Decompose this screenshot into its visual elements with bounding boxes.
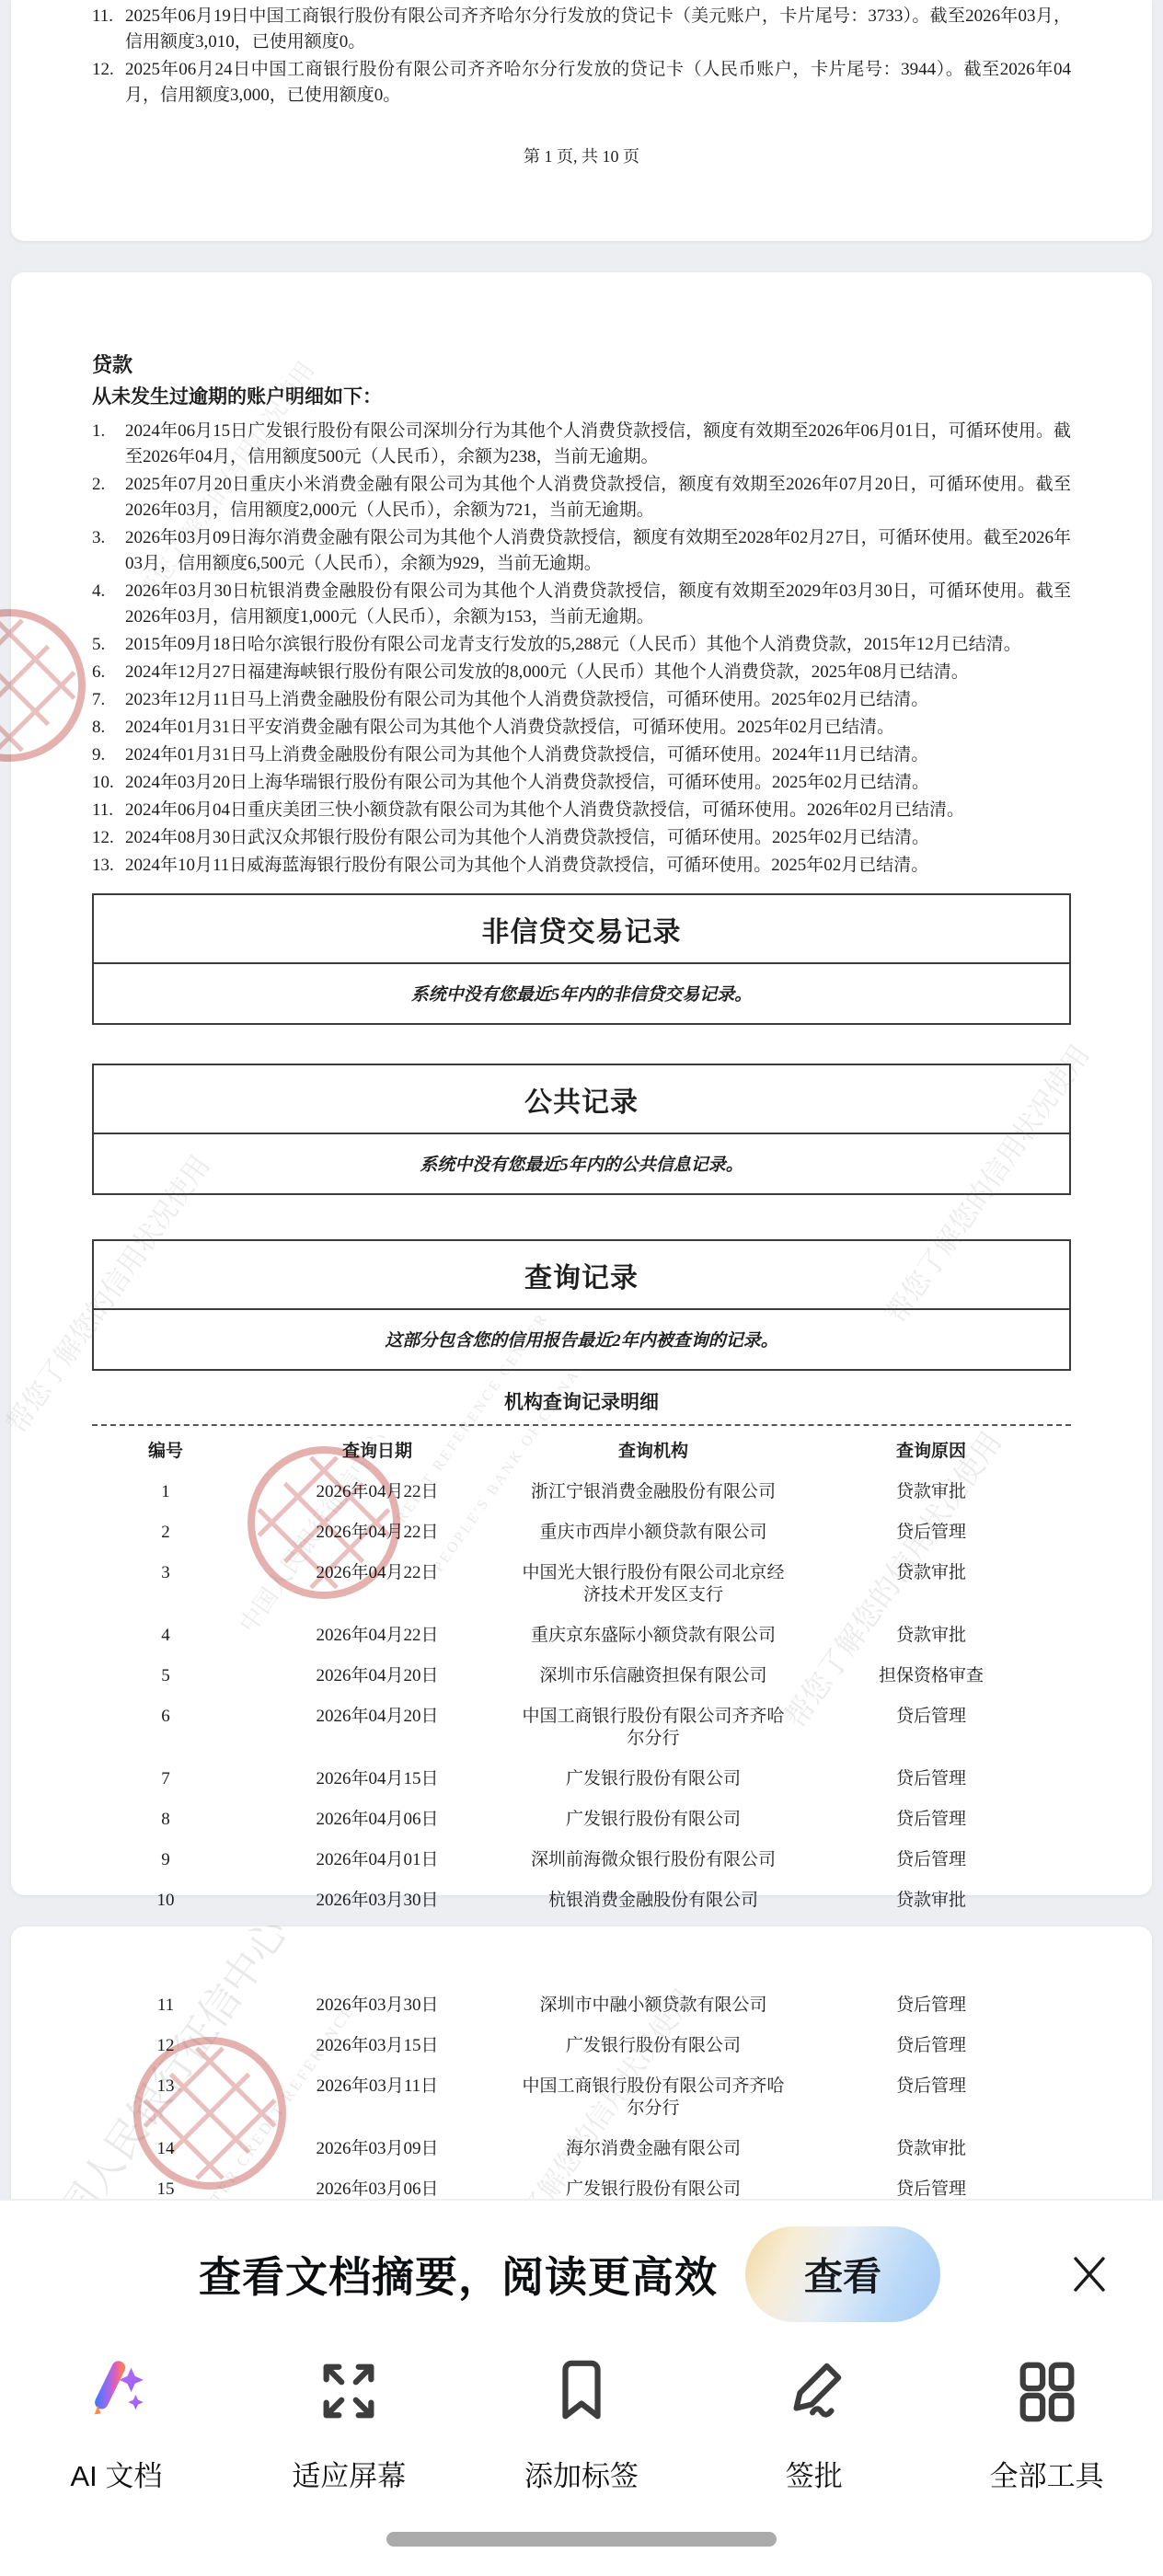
query-reason: 贷款审批	[791, 1616, 1071, 1656]
item-number: 3.	[92, 525, 125, 577]
item-number: 12.	[92, 825, 125, 851]
query-record-row: 9 2026年04月01日 深圳前海微众银行股份有限公司 贷后管理	[92, 1840, 1071, 1880]
loan-item: 3. 2026年03月09日海尔消费金融有限公司为其他个人消费贷款授信，额度有效…	[92, 525, 1071, 577]
bookmark-icon	[547, 2357, 616, 2425]
query-org: 海尔消费金融有限公司	[515, 2129, 791, 2169]
query-org: 深圳市乐信融资担保有限公司	[515, 1656, 791, 1696]
account-item: 12. 2025年06月24日中国工商银行股份有限公司齐齐哈尔分行发放的贷记卡（…	[92, 57, 1071, 109]
query-org: 浙江宁银消费金融股份有限公司	[515, 1472, 791, 1512]
query-date: 2026年04月15日	[239, 1759, 515, 1800]
loan-item: 6. 2024年12月27日福建海峡银行股份有限公司发放的8,000元（人民币）…	[92, 660, 1071, 685]
item-number: 4.	[92, 579, 125, 630]
query-reason: 贷后管理	[791, 1985, 1071, 2026]
query-date: 2026年04月20日	[239, 1696, 515, 1737]
loan-item: 8. 2024年01月31日平安消费金融有限公司为其他个人消费贷款授信，可循环使…	[92, 715, 1071, 741]
query-org: 重庆市西岸小额贷款有限公司	[515, 1512, 791, 1553]
banner-message: 查看文档摘要，阅读更高效	[199, 2244, 718, 2305]
signature-pen-icon	[780, 2357, 848, 2425]
query-record-row: 10 2026年03月30日 杭银消费金融股份有限公司 贷款审批	[92, 1880, 1071, 1921]
item-number: 1.	[92, 419, 125, 470]
tool-fit-screen[interactable]: 适应屏幕	[233, 2357, 466, 2494]
query-org: 重庆京东盛际小额贷款有限公司	[515, 1616, 791, 1656]
query-reason: 贷后管理	[791, 2066, 1071, 2107]
box-subtitle: 系统中没有您最近5年内的非信贷交易记录。	[94, 962, 1069, 1023]
loans-section-title: 贷款	[92, 272, 1071, 378]
tool-label: 签批	[786, 2453, 843, 2494]
query-org: 深圳市中融小额贷款有限公司	[515, 1985, 791, 2026]
bottom-overlay: 查看文档摘要，阅读更高效 查看	[0, 2199, 1163, 2576]
query-date: 2026年03月11日	[239, 2066, 515, 2107]
query-table-rows: 1 2026年04月22日 浙江宁银消费金融股份有限公司 贷款审批 2 2026…	[92, 1472, 1071, 1921]
query-record-row: 2 2026年04月22日 重庆市西岸小额贷款有限公司 贷后管理	[92, 1512, 1071, 1553]
home-indicator[interactable]	[386, 2532, 777, 2547]
item-number: 10.	[92, 770, 125, 796]
public-records-box: 公共记录 系统中没有您最近5年内的公共信息记录。	[92, 1064, 1071, 1195]
box-title: 查询记录	[94, 1241, 1069, 1308]
item-text: 2025年06月24日中国工商银行股份有限公司齐齐哈尔分行发放的贷记卡（人民币账…	[125, 57, 1071, 109]
item-text: 2025年06月19日中国工商银行股份有限公司齐齐哈尔分行发放的贷记卡（美元账户…	[125, 4, 1071, 55]
close-icon	[1071, 2254, 1108, 2294]
loan-item: 12. 2024年08月30日武汉众邦银行股份有限公司为其他个人消费贷款授信，可…	[92, 825, 1071, 851]
tool-sign[interactable]: 签批	[697, 2357, 930, 2494]
query-number: 2	[92, 1512, 239, 1553]
query-reason: 贷款审批	[791, 1553, 1071, 1593]
query-record-row: 3 2026年04月22日 中国光大银行股份有限公司北京经济技术开发区支行 贷款…	[92, 1553, 1071, 1616]
query-table-header: 编号 查询日期 查询机构 查询原因	[92, 1426, 1071, 1472]
item-text: 2025年07月20日重庆小米消费金融有限公司为其他个人消费贷款授信，额度有效期…	[125, 472, 1071, 523]
ai-pen-icon	[82, 2357, 150, 2425]
query-number: 1	[92, 1472, 239, 1512]
query-number: 7	[92, 1759, 239, 1800]
query-reason: 贷后管理	[791, 1512, 1071, 1553]
query-date: 2026年04月20日	[239, 1656, 515, 1696]
item-number: 7.	[92, 687, 125, 713]
loan-item: 1. 2024年06月15日广发银行股份有限公司深圳分行为其他个人消费贷款授信，…	[92, 419, 1071, 470]
loan-item: 4. 2026年03月30日杭银消费金融股份有限公司为其他个人消费贷款授信，额度…	[92, 579, 1071, 630]
item-text: 2024年06月15日广发银行股份有限公司深圳分行为其他个人消费贷款授信，额度有…	[125, 419, 1071, 470]
query-record-row: 1 2026年04月22日 浙江宁银消费金融股份有限公司 贷款审批	[92, 1472, 1071, 1512]
tool-ai-document[interactable]: AI 文档	[0, 2357, 233, 2494]
item-number: 12.	[92, 57, 125, 109]
query-number: 11	[92, 1985, 239, 2026]
col-header-number: 编号	[92, 1430, 239, 1472]
item-text: 2024年01月31日平安消费金融有限公司为其他个人消费贷款授信，可循环使用。2…	[125, 715, 1071, 741]
item-text: 2024年08月30日武汉众邦银行股份有限公司为其他个人消费贷款授信，可循环使用…	[125, 825, 1071, 851]
query-reason: 担保资格审查	[791, 1656, 1071, 1696]
credit-card-account-list: 11. 2025年06月19日中国工商银行股份有限公司齐齐哈尔分行发放的贷记卡（…	[92, 4, 1071, 109]
query-number: 9	[92, 1840, 239, 1880]
query-number: 3	[92, 1553, 239, 1593]
col-header-org: 查询机构	[515, 1430, 791, 1472]
query-date: 2026年03月15日	[239, 2026, 515, 2066]
query-records-box: 查询记录 这部分包含您的信用报告最近2年内被查询的记录。	[92, 1239, 1071, 1371]
col-header-date: 查询日期	[239, 1430, 515, 1472]
query-number: 6	[92, 1696, 239, 1737]
query-record-row: 4 2026年04月22日 重庆京东盛际小额贷款有限公司 贷款审批	[92, 1616, 1071, 1656]
item-text: 2024年03月20日上海华瑞银行股份有限公司为其他个人消费贷款授信，可循环使用…	[125, 770, 1071, 796]
loan-item: 10. 2024年03月20日上海华瑞银行股份有限公司为其他个人消费贷款授信，可…	[92, 770, 1071, 796]
item-text: 2026年03月09日海尔消费金融有限公司为其他个人消费贷款授信，额度有效期至2…	[125, 525, 1071, 577]
query-date: 2026年04月22日	[239, 1553, 515, 1593]
query-date: 2026年04月06日	[239, 1800, 515, 1840]
query-org: 广发银行股份有限公司	[515, 1759, 791, 1800]
query-number: 10	[92, 1880, 239, 1921]
query-reason: 贷后管理	[791, 2026, 1071, 2066]
box-subtitle: 这部分包含您的信用报告最近2年内被查询的记录。	[94, 1308, 1069, 1369]
tool-all-tools[interactable]: 全部工具	[930, 2357, 1163, 2494]
query-org: 广发银行股份有限公司	[515, 1800, 791, 1840]
item-text: 2015年09月18日哈尔滨银行股份有限公司龙青支行发放的5,288元（人民币）…	[125, 632, 1071, 658]
tool-label: 添加标签	[524, 2453, 639, 2494]
item-number: 13.	[92, 853, 125, 879]
loan-item: 11. 2024年06月04日重庆美团三快小额贷款有限公司为其他个人消费贷款授信…	[92, 798, 1071, 823]
item-number: 2.	[92, 472, 125, 523]
query-number: 8	[92, 1800, 239, 1840]
item-text: 2024年10月11日威海蓝海银行股份有限公司为其他个人消费贷款授信，可循环使用…	[125, 853, 1071, 879]
item-text: 2026年03月30日杭银消费金融股份有限公司为其他个人消费贷款授信，额度有效期…	[125, 579, 1071, 630]
tool-label: 全部工具	[990, 2453, 1104, 2494]
query-date: 2026年03月09日	[239, 2129, 515, 2169]
loan-list: 1. 2024年06月15日广发银行股份有限公司深圳分行为其他个人消费贷款授信，…	[92, 419, 1071, 879]
query-record-row: 11 2026年03月30日 深圳市中融小额贷款有限公司 贷后管理	[92, 1985, 1071, 2026]
bottom-toolbar: AI 文档 适应屏幕 添加标签	[0, 2348, 1163, 2576]
item-number: 8.	[92, 715, 125, 741]
query-date: 2026年03月30日	[239, 1880, 515, 1921]
item-number: 6.	[92, 660, 125, 685]
fit-screen-icon	[315, 2357, 383, 2425]
query-number: 14	[92, 2129, 239, 2169]
tool-label: 适应屏幕	[292, 2453, 406, 2494]
col-header-reason: 查询原因	[791, 1430, 1071, 1472]
query-date: 2026年04月22日	[239, 1512, 515, 1553]
box-subtitle: 系统中没有您最近5年内的公共信息记录。	[94, 1133, 1069, 1193]
query-reason: 贷后管理	[791, 1800, 1071, 1840]
query-org: 中国光大银行股份有限公司北京经济技术开发区支行	[515, 1553, 791, 1616]
item-number: 11.	[92, 798, 125, 823]
query-record-row: 7 2026年04月15日 广发银行股份有限公司 贷后管理	[92, 1759, 1071, 1800]
page-number-footer: 第 1 页, 共 10 页	[92, 144, 1071, 167]
query-reason: 贷款审批	[791, 2129, 1071, 2169]
query-record-row: 5 2026年04月20日 深圳市乐信融资担保有限公司 担保资格审查	[92, 1656, 1071, 1696]
item-text: 2024年01月31日马上消费金融股份有限公司为其他个人消费贷款授信，可循环使用…	[125, 742, 1071, 768]
query-reason: 贷款审批	[791, 1472, 1071, 1512]
tool-add-bookmark[interactable]: 添加标签	[466, 2357, 698, 2494]
item-text: 2024年12月27日福建海峡银行股份有限公司发放的8,000元（人民币）其他个…	[125, 660, 1071, 685]
view-summary-button[interactable]: 查看	[745, 2226, 940, 2322]
query-reason: 贷后管理	[791, 1840, 1071, 1880]
query-reason: 贷后管理	[791, 1759, 1071, 1800]
item-text: 2023年12月11日马上消费金融股份有限公司为其他个人消费贷款授信，可循环使用…	[125, 687, 1071, 713]
query-org: 杭银消费金融股份有限公司	[515, 1880, 791, 1921]
query-reason: 贷款审批	[791, 1880, 1071, 1921]
report-page-1[interactable]: 11. 2025年06月19日中国工商银行股份有限公司齐齐哈尔分行发放的贷记卡（…	[11, 0, 1152, 241]
query-record-row: 8 2026年04月06日 广发银行股份有限公司 贷后管理	[92, 1800, 1071, 1840]
item-text: 2024年06月04日重庆美团三快小额贷款有限公司为其他个人消费贷款授信，可循环…	[125, 798, 1071, 823]
query-record-row: 12 2026年03月15日 广发银行股份有限公司 贷后管理	[92, 2026, 1071, 2066]
close-banner-button[interactable]	[1069, 2252, 1110, 2296]
box-title: 非信贷交易记录	[94, 895, 1069, 962]
query-org: 中国工商银行股份有限公司齐齐哈尔分行	[515, 1696, 791, 1759]
non-credit-records-box: 非信贷交易记录 系统中没有您最近5年内的非信贷交易记录。	[92, 893, 1071, 1025]
loan-item: 13. 2024年10月11日威海蓝海银行股份有限公司为其他个人消费贷款授信，可…	[92, 853, 1071, 879]
query-record-row: 14 2026年03月09日 海尔消费金融有限公司 贷款审批	[92, 2129, 1071, 2169]
loan-item: 2. 2025年07月20日重庆小米消费金融有限公司为其他个人消费贷款授信，额度…	[92, 472, 1071, 523]
loan-item: 5. 2015年09月18日哈尔滨银行股份有限公司龙青支行发放的5,288元（人…	[92, 632, 1071, 658]
query-date: 2026年04月22日	[239, 1472, 515, 1512]
query-table-title: 机构查询记录明细	[92, 1387, 1071, 1415]
query-record-row: 13 2026年03月11日 中国工商银行股份有限公司齐齐哈尔分行 贷后管理	[92, 2066, 1071, 2129]
tool-label: AI 文档	[70, 2453, 162, 2494]
loan-item: 7. 2023年12月11日马上消费金融股份有限公司为其他个人消费贷款授信，可循…	[92, 687, 1071, 713]
query-org: 中国工商银行股份有限公司齐齐哈尔分行	[515, 2066, 791, 2129]
query-org: 深圳前海微众银行股份有限公司	[515, 1840, 791, 1880]
item-number: 5.	[92, 632, 125, 658]
loans-section-subtitle: 从未发生过逾期的账户明细如下：	[92, 382, 1071, 409]
report-page-2[interactable]: 贷款 从未发生过逾期的账户明细如下： 1. 2024年06月15日广发银行股份有…	[11, 272, 1152, 1895]
account-item: 11. 2025年06月19日中国工商银行股份有限公司齐齐哈尔分行发放的贷记卡（…	[92, 4, 1071, 55]
item-number: 11.	[92, 4, 125, 55]
query-date: 2026年03月30日	[239, 1985, 515, 2026]
query-date: 2026年04月22日	[239, 1616, 515, 1656]
query-number: 4	[92, 1616, 239, 1656]
loan-item: 9. 2024年01月31日马上消费金融股份有限公司为其他个人消费贷款授信，可循…	[92, 742, 1071, 768]
item-number: 9.	[92, 742, 125, 768]
query-number: 12	[92, 2026, 239, 2066]
query-record-row: 6 2026年04月20日 中国工商银行股份有限公司齐齐哈尔分行 贷后管理	[92, 1696, 1071, 1759]
query-reason: 贷后管理	[791, 1696, 1071, 1737]
grid-icon	[1013, 2357, 1081, 2425]
query-org: 广发银行股份有限公司	[515, 2026, 791, 2066]
summary-banner: 查看文档摘要，阅读更高效 查看	[0, 2199, 1163, 2348]
query-date: 2026年04月01日	[239, 1840, 515, 1880]
box-title: 公共记录	[94, 1065, 1069, 1133]
query-number: 5	[92, 1656, 239, 1696]
query-number: 13	[92, 2066, 239, 2107]
